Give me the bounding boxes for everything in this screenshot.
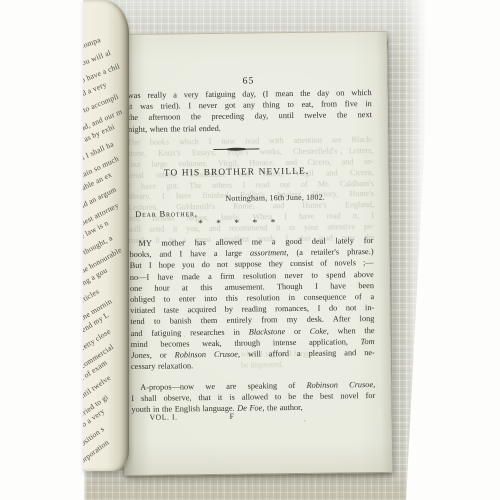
body-text-line: night, when the trial ended.: [128, 121, 372, 135]
paragraph-trial-day: was really a very fatiguing day, (I mean…: [128, 87, 373, 135]
page-number: 65: [127, 74, 369, 88]
printer-signature-mark: F: [230, 412, 234, 421]
paragraph-apropos: A-propos—now we are speaking of Robinson…: [131, 379, 375, 416]
background-right-fade: [402, 0, 436, 500]
letter-salutation: Dear Brother,: [135, 208, 198, 219]
verso-text-fragment: a compa: [83, 35, 102, 53]
volume-label: VOL. I.: [150, 412, 178, 421]
paragraph-books: MY mother has allowed me a good deal lat…: [129, 235, 375, 372]
book-page-65: The books which I now read with attentio…: [119, 31, 392, 476]
photo-open-book: The books which I now read with attentio…: [0, 0, 500, 500]
facing-page-curl: a compayou will alo have a chiland a ver…: [83, 0, 129, 471]
